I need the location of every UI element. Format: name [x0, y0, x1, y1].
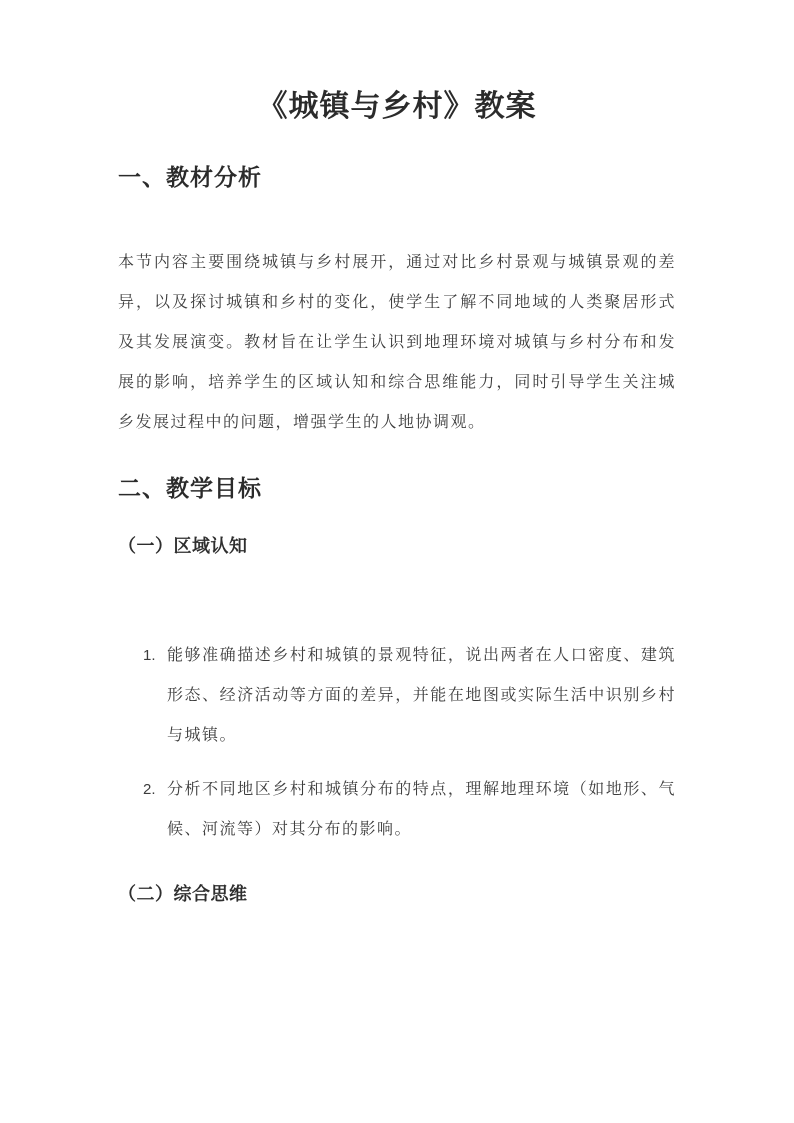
document-page: 《城镇与乡村》教案 一、教材分析 本节内容主要围绕城镇与乡村展开，通过对比乡村景…	[0, 0, 794, 1123]
list-item-number: 2.	[143, 770, 167, 850]
document-content: 《城镇与乡村》教案 一、教材分析 本节内容主要围绕城镇与乡村展开，通过对比乡村景…	[0, 0, 794, 907]
material-analysis-paragraph: 本节内容主要围绕城镇与乡村展开，通过对比乡村景观与城镇景观的差异，以及探讨城镇和…	[118, 243, 676, 443]
subsection-heading-comprehensive-thinking: （二）综合思维	[118, 882, 676, 907]
list-item: 2. 分析不同地区乡村和城镇分布的特点，理解地理环境（如地形、气候、河流等）对其…	[118, 770, 676, 850]
list-item-text: 分析不同地区乡村和城镇分布的特点，理解地理环境（如地形、气候、河流等）对其分布的…	[167, 770, 676, 850]
section-heading-teaching-objectives: 二、教学目标	[118, 473, 676, 505]
objectives-ordered-list: 1. 能够准确描述乡村和城镇的景观特征，说出两者在人口密度、建筑形态、经济活动等…	[118, 636, 676, 850]
list-item-text: 能够准确描述乡村和城镇的景观特征，说出两者在人口密度、建筑形态、经济活动等方面的…	[167, 636, 676, 756]
subsection-heading-regional-cognition: （一）区域认知	[118, 534, 676, 559]
document-title: 《城镇与乡村》教案	[118, 0, 676, 128]
section-heading-material-analysis: 一、教材分析	[118, 162, 676, 194]
list-item: 1. 能够准确描述乡村和城镇的景观特征，说出两者在人口密度、建筑形态、经济活动等…	[118, 636, 676, 756]
list-item-number: 1.	[143, 636, 167, 756]
